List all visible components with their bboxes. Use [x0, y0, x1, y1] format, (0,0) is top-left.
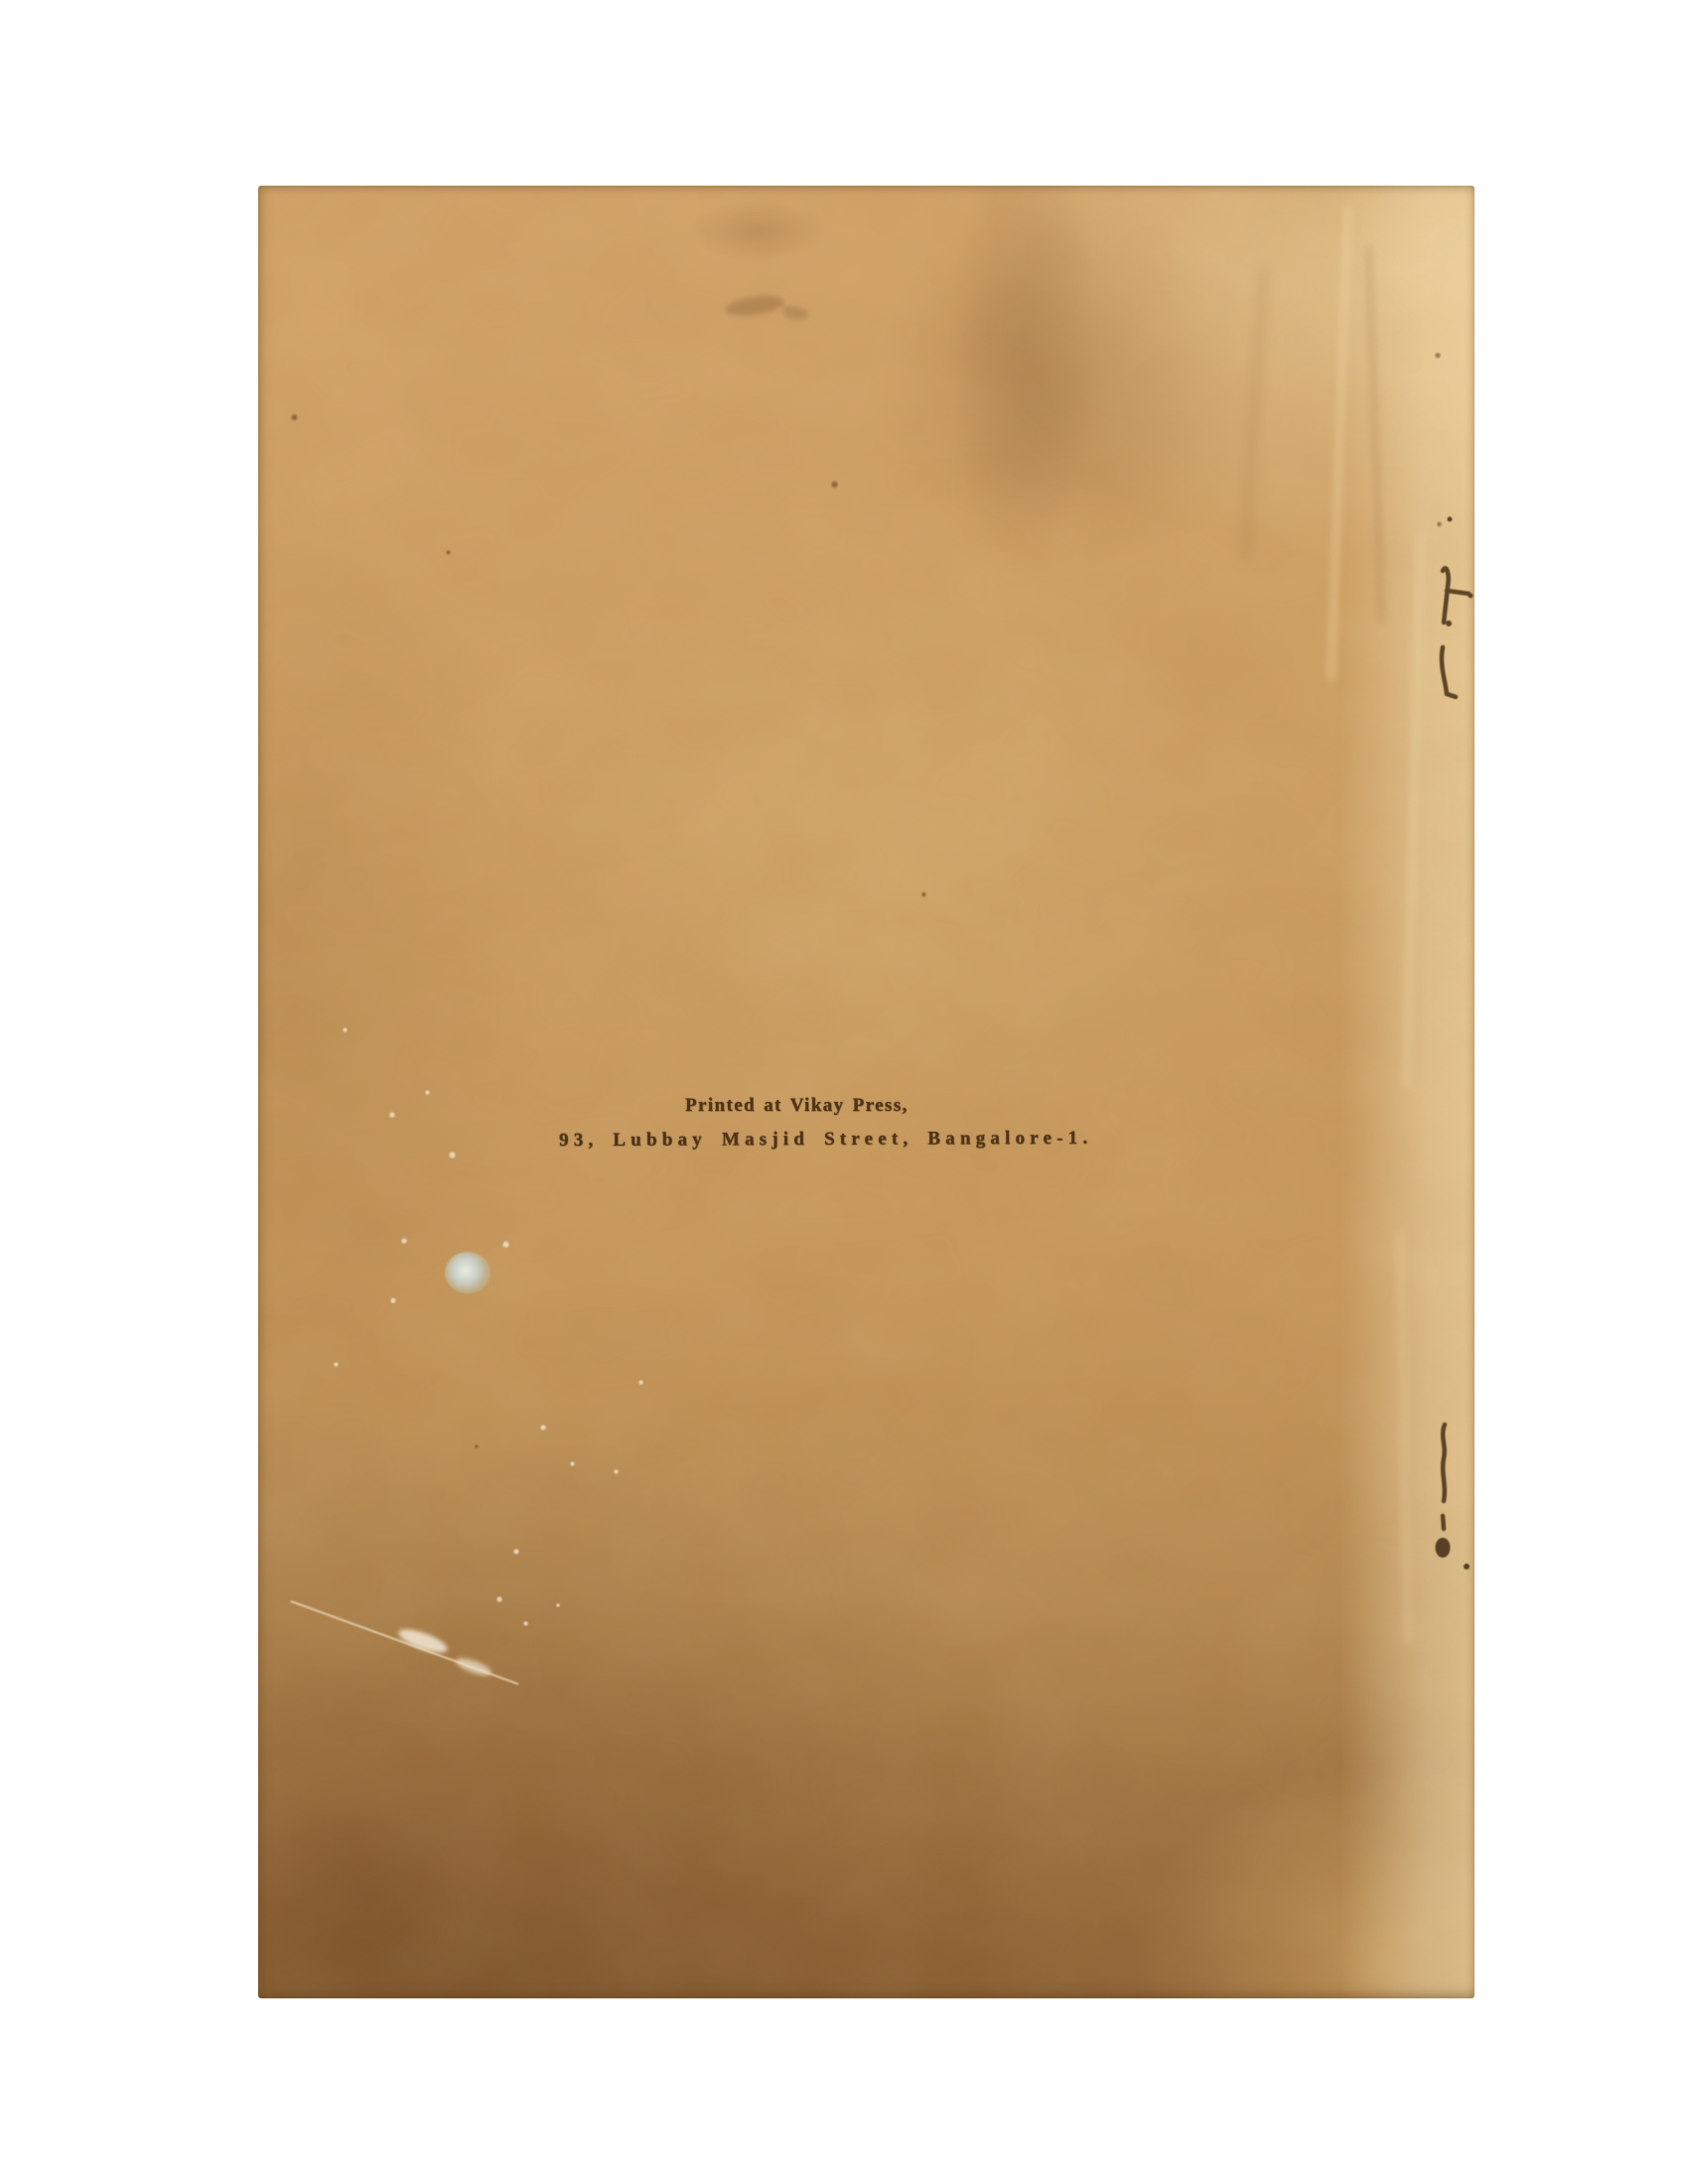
scan-canvas: { "document": { "imprint": { "line1": "P…: [0, 0, 1688, 2184]
imprint-line-1: Printed at Vikay Press,: [685, 1096, 909, 1115]
paper-sheet: Printed at Vikay Press, 93, Lubbay Masji…: [258, 186, 1475, 1998]
stitch-marks: [258, 186, 1475, 1998]
imprint-line-2: 93, Lubbay Masjid Street, Bangalore-1.: [559, 1129, 1092, 1150]
